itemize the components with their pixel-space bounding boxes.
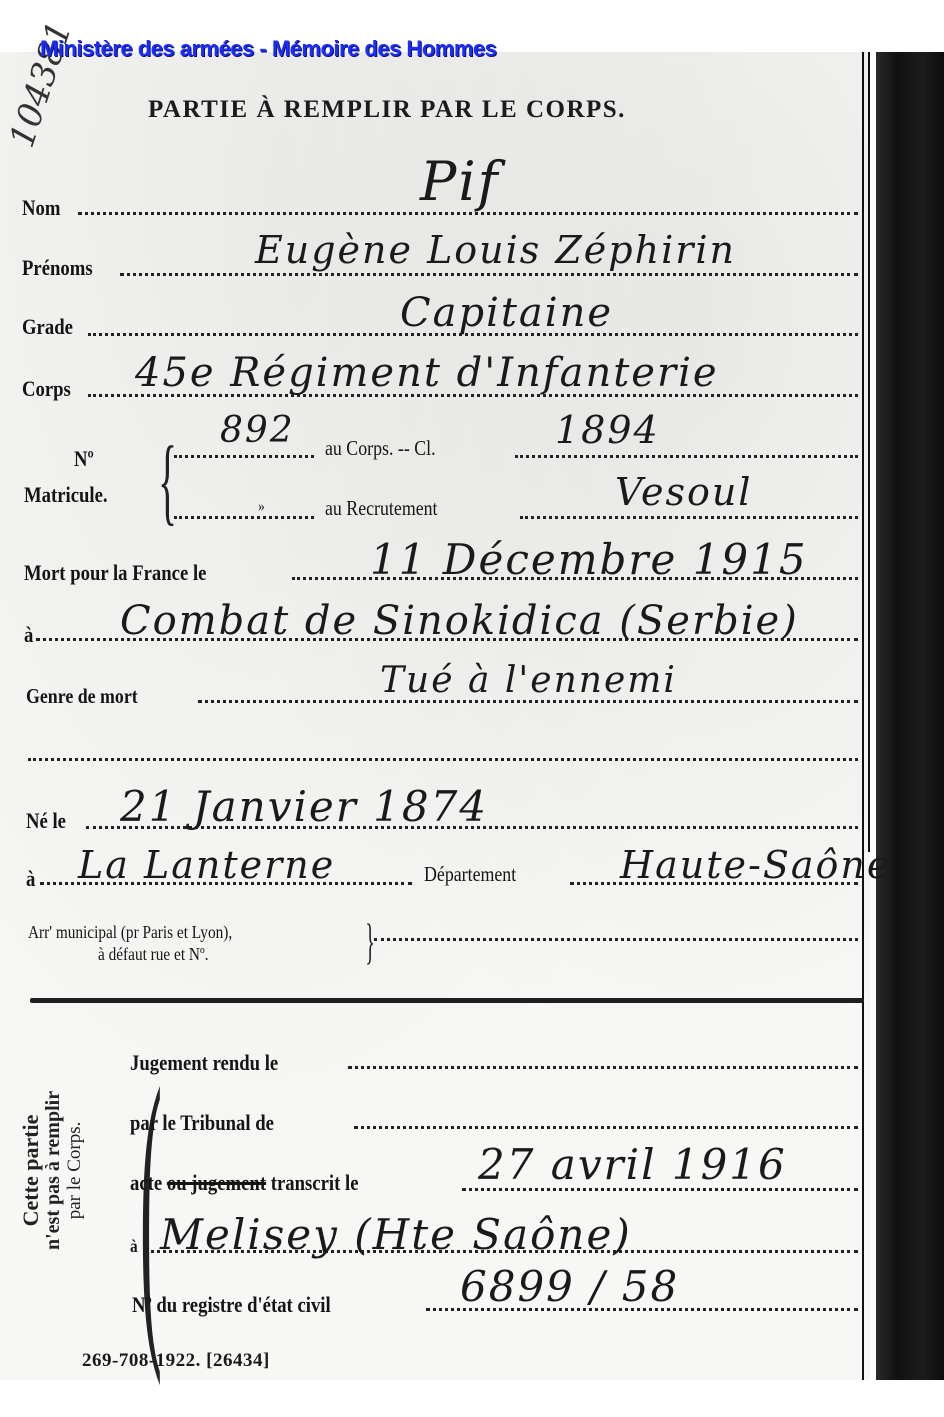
dotted-line: [174, 455, 314, 458]
value-mort-le: 11 Décembre 1915: [370, 535, 808, 584]
side-note-line3: par le Corps.: [64, 1091, 86, 1250]
value-departement: Haute-Saône: [620, 843, 891, 887]
label-grade: Grade: [22, 314, 73, 340]
dotted-line: [174, 516, 314, 519]
label-mort-le: Mort pour la France le: [24, 560, 206, 586]
label-matricule-no: Nº: [74, 446, 94, 472]
brace: }: [365, 916, 375, 966]
side-note-line1: Cette partie: [20, 1091, 42, 1250]
label-transcrit-a: à: [130, 1236, 138, 1257]
label-nom: Nom: [22, 195, 60, 221]
border-rule: [868, 52, 870, 852]
dotted-line: [374, 938, 858, 941]
section-divider: [30, 998, 864, 1003]
label-mort-a: à: [24, 622, 33, 648]
side-note-line2: n'est pas à remplir: [42, 1091, 64, 1250]
value-recrutement: Vesoul: [615, 470, 752, 514]
value-classe: 1894: [555, 408, 660, 452]
label-jugement: Jugement rendu le: [130, 1050, 278, 1076]
label-ne-le: Né le: [26, 808, 66, 834]
watermark: Ministère des armées - Mémoire des Homme…: [40, 36, 496, 62]
label-struck-jugement: ou jugement: [167, 1170, 266, 1195]
label-departement: Département: [424, 862, 516, 887]
value-transcrit-a: Melisey (Hte Saône): [160, 1210, 632, 1259]
value-transcrit-le: 27 avril 1916: [478, 1140, 787, 1189]
label-au-recrutement: au Recrutement: [325, 496, 438, 521]
value-genre-mort: Tué à l'ennemi: [380, 660, 677, 701]
dotted-line: [520, 516, 858, 519]
value-prenoms: Eugène Louis Zéphirin: [255, 228, 736, 272]
value-recrutement-prefix: »: [258, 498, 265, 516]
label-acte-word: acte: [130, 1170, 162, 1195]
label-corps: Corps: [22, 376, 71, 402]
dotted-line: [348, 1066, 858, 1069]
label-transcrit: transcrit le: [271, 1170, 359, 1195]
form-title: PARTIE À REMPLIR PAR LE CORPS.: [148, 96, 626, 124]
side-note: Cette partie n'est pas à remplir par le …: [20, 1091, 86, 1250]
label-acte: acte ou jugement transcrit le: [130, 1170, 358, 1196]
label-registre: Nº du registre d'état civil: [132, 1292, 331, 1318]
scan-dark-edge: [876, 52, 944, 1380]
label-au-corps-classe: au Corps. -- Cl.: [325, 436, 436, 461]
value-ne-le: 21 Janvier 1874: [120, 782, 488, 831]
label-arrondissement-line1: Arr' municipal (pr Paris et Lyon),: [28, 922, 232, 943]
border-rule: [862, 52, 864, 1380]
brace: (: [140, 1040, 162, 1370]
dotted-line: [515, 455, 858, 458]
value-nom: Pif: [420, 150, 500, 213]
label-ne-a: à: [26, 866, 35, 892]
dotted-line: [28, 758, 858, 761]
label-matricule: Matricule.: [24, 482, 108, 508]
value-matricule-corps: 892: [220, 410, 295, 451]
label-tribunal: par le Tribunal de: [130, 1110, 274, 1136]
label-prenoms: Prénoms: [22, 255, 93, 281]
label-arrondissement-line2: à défaut rue et Nº.: [98, 944, 209, 965]
value-mort-a: Combat de Sinokidica (Serbie): [120, 598, 799, 644]
dotted-line: [354, 1126, 858, 1129]
value-registre: 6899 / 58: [460, 1262, 679, 1311]
value-grade: Capitaine: [400, 290, 613, 336]
dotted-line: [120, 273, 858, 276]
print-reference: 269-708-1922. [26434]: [82, 1350, 270, 1372]
value-corps: 45e Régiment d'Infanterie: [135, 350, 719, 396]
value-ne-a: La Lanterne: [78, 843, 335, 887]
label-genre-mort: Genre de mort: [26, 684, 138, 709]
